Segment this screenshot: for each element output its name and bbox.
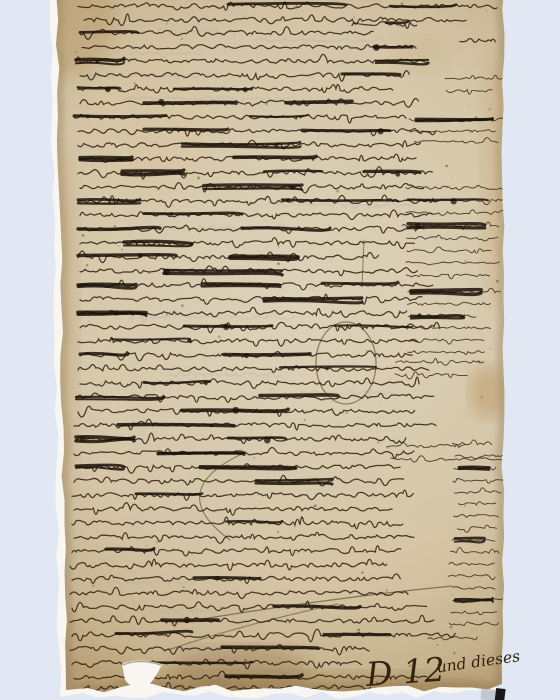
strike-mark — [78, 284, 136, 285]
ink-blot — [243, 87, 248, 92]
strike-mark — [144, 102, 236, 103]
strike-mark — [286, 101, 352, 102]
strike-mark — [282, 200, 398, 202]
ink-speck — [368, 427, 370, 429]
strike-mark — [364, 171, 420, 172]
stain — [230, 500, 470, 620]
ink-speck — [486, 10, 487, 11]
ink-blot — [80, 436, 86, 442]
strike-mark — [256, 483, 332, 484]
strike-mark — [136, 494, 202, 495]
ink-speck — [271, 491, 272, 492]
scanner-clip-corner — [481, 688, 506, 700]
strike-mark — [118, 425, 234, 426]
ink-speck — [199, 24, 200, 25]
ink-speck — [437, 644, 439, 646]
ink-speck — [480, 8, 481, 9]
ink-speck — [488, 108, 491, 111]
ink-speck — [134, 82, 136, 84]
ink-speck — [148, 272, 149, 273]
strike-mark — [122, 170, 184, 171]
ink-speck — [451, 595, 452, 596]
ink-speck — [92, 585, 94, 587]
strike-mark — [182, 146, 300, 147]
ink-speck — [258, 251, 259, 252]
ink-speck — [88, 321, 89, 322]
strike-mark — [200, 468, 296, 469]
strike-mark — [144, 129, 228, 130]
ink-speck — [445, 165, 448, 168]
ink-speck — [277, 262, 280, 265]
ink-speck — [480, 396, 482, 398]
ink-speck — [86, 264, 89, 267]
strike-mark — [164, 270, 282, 271]
ink-speck — [354, 16, 355, 17]
strike-mark — [455, 538, 484, 539]
ink-speck — [110, 620, 112, 622]
ink-blot — [223, 323, 230, 330]
ink-blot — [451, 198, 457, 204]
stain — [469, 366, 509, 418]
ink-blot — [275, 143, 279, 147]
ink-blot — [158, 99, 164, 105]
ink-speck — [300, 495, 302, 497]
ink-speck — [421, 160, 422, 161]
ink-speck — [270, 434, 271, 435]
ink-speck — [490, 348, 492, 350]
strike-mark — [122, 173, 184, 175]
ink-speck — [447, 186, 448, 187]
strike-mark — [411, 293, 481, 295]
ink-speck — [483, 565, 484, 566]
ink-speck — [387, 446, 390, 449]
clip-shadow — [481, 688, 497, 700]
strike-mark — [158, 453, 244, 455]
ink-blot — [86, 115, 89, 118]
strike-mark — [264, 298, 362, 299]
strike-mark — [174, 89, 252, 90]
ink-speck — [464, 505, 466, 507]
ink-speck — [464, 260, 467, 263]
ink-speck — [146, 546, 147, 547]
ink-blot — [215, 576, 220, 581]
strike-mark — [164, 273, 282, 275]
ink-speck — [348, 25, 349, 26]
ink-blot — [326, 367, 329, 370]
strike-mark — [78, 227, 160, 229]
ink-speck — [485, 285, 486, 286]
ink-speck — [336, 190, 339, 193]
strike-mark — [408, 199, 488, 200]
ink-speck — [244, 659, 247, 662]
ink-speck — [118, 245, 119, 246]
strike-mark — [194, 578, 260, 579]
manuscript-scan: D 12 und dieses — [0, 0, 560, 700]
ink-speck — [346, 412, 348, 414]
ink-speck — [471, 130, 473, 132]
strike-mark — [376, 60, 428, 61]
ink-blot — [395, 172, 400, 177]
strike-mark — [112, 339, 190, 340]
strike-mark — [144, 213, 242, 214]
ink-speck — [451, 178, 452, 179]
ink-speck — [468, 105, 469, 106]
ink-blot — [164, 269, 170, 275]
ink-blot — [210, 424, 213, 427]
ink-blot — [184, 617, 190, 623]
ink-speck — [132, 258, 133, 259]
strike-mark — [80, 31, 138, 32]
ink-blot — [119, 157, 122, 160]
ink-blot — [138, 253, 143, 258]
ink-speck — [322, 607, 324, 609]
strike-mark — [264, 171, 322, 172]
ink-speck — [156, 541, 158, 543]
strike-mark — [230, 258, 298, 259]
manuscript-page-svg: D 12 und dieses — [0, 0, 560, 700]
ink-speck — [377, 441, 380, 444]
ink-speck — [402, 362, 403, 363]
ink-speck — [312, 290, 313, 291]
ink-blot — [188, 339, 192, 343]
strike-mark — [459, 467, 489, 468]
ink-speck — [401, 2, 403, 4]
ink-speck — [278, 657, 280, 659]
ink-speck — [105, 590, 106, 591]
ink-blot — [418, 313, 422, 317]
ink-speck — [357, 629, 360, 632]
strike-mark — [302, 130, 390, 131]
clip-mark — [495, 688, 506, 700]
strike-mark — [411, 290, 481, 291]
ink-speck — [154, 243, 155, 244]
ink-speck — [277, 531, 279, 533]
strike-mark — [260, 395, 338, 396]
strike-mark — [78, 87, 120, 88]
shelfmark-d12: D 12 — [364, 650, 446, 694]
ink-speck — [235, 4, 237, 6]
stain — [170, 646, 310, 690]
ink-blot — [415, 223, 420, 228]
ink-speck — [114, 225, 116, 227]
strike-mark — [411, 318, 464, 319]
ink-speck — [442, 115, 443, 116]
strike-mark — [459, 469, 489, 470]
ink-speck — [475, 116, 478, 119]
ink-speck — [278, 246, 279, 247]
ink-speck — [253, 457, 255, 459]
ink-speck — [496, 280, 499, 283]
strike-mark — [386, 21, 408, 23]
ink-speck — [390, 144, 391, 145]
strike-mark — [204, 185, 302, 186]
ink-blot — [286, 198, 290, 202]
strike-mark — [342, 74, 400, 75]
ink-blot — [114, 310, 119, 315]
ink-speck — [366, 350, 367, 351]
ink-speck — [304, 419, 306, 421]
strike-mark — [228, 3, 346, 5]
ink-speck — [450, 626, 453, 629]
ink-speck — [172, 548, 174, 550]
strike-mark — [80, 353, 128, 355]
ink-speck — [283, 590, 284, 591]
ink-speck — [183, 586, 185, 588]
ink-speck — [166, 314, 168, 316]
ink-speck — [453, 652, 456, 655]
strike-mark — [280, 366, 376, 367]
ink-speck — [299, 144, 302, 147]
ink-speck — [181, 38, 183, 40]
ink-speck — [197, 672, 198, 673]
ink-blot — [290, 185, 295, 190]
ink-speck — [386, 589, 388, 591]
ink-blot — [373, 44, 380, 51]
strike-mark — [80, 160, 132, 161]
ink-speck — [75, 51, 77, 53]
ink-blot — [378, 128, 384, 134]
ink-speck — [197, 177, 200, 180]
strike-mark — [224, 354, 310, 355]
ink-speck — [294, 298, 295, 299]
ink-blot — [105, 87, 111, 93]
strike-mark — [202, 286, 280, 287]
ink-speck — [166, 23, 167, 24]
strike-mark — [222, 647, 318, 648]
ink-speck — [265, 103, 268, 106]
strike-mark — [80, 157, 132, 158]
ink-blot — [204, 381, 208, 385]
ink-blot — [244, 353, 249, 358]
ink-blot — [96, 60, 100, 64]
ink-speck — [152, 299, 153, 300]
ink-speck — [296, 5, 299, 8]
strike-mark — [78, 255, 176, 256]
ink-speck — [82, 234, 85, 237]
ink-speck — [460, 563, 462, 565]
ink-blot — [264, 437, 271, 444]
stain — [392, 37, 448, 73]
strike-mark — [228, 438, 286, 439]
ink-speck — [312, 77, 313, 78]
ink-speck — [314, 505, 317, 508]
ink-speck — [218, 335, 221, 338]
ink-speck — [478, 360, 481, 363]
ink-blot — [169, 212, 172, 215]
ink-speck — [121, 249, 123, 251]
strike-mark — [234, 157, 316, 158]
ink-speck — [181, 304, 184, 307]
ink-speck — [278, 254, 280, 256]
ink-blot — [232, 407, 239, 414]
ink-speck — [361, 571, 363, 573]
